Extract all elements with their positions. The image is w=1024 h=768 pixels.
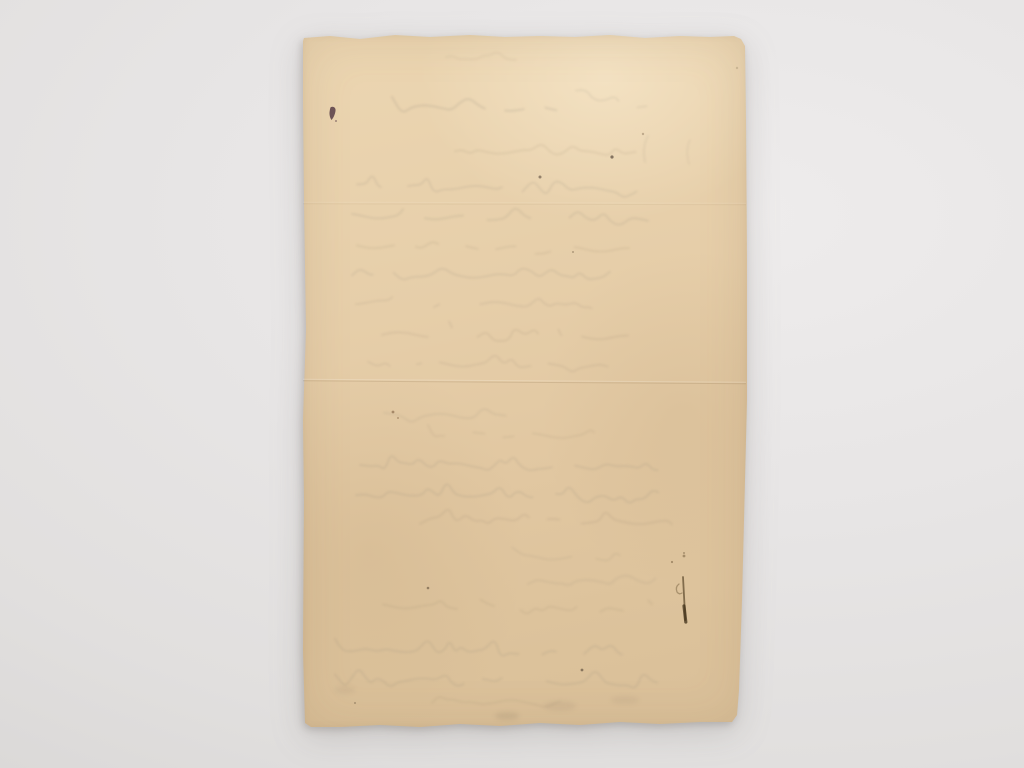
letter-paper (303, 35, 747, 728)
photo-backdrop (0, 0, 1024, 768)
paper-shadow (0, 0, 1024, 768)
